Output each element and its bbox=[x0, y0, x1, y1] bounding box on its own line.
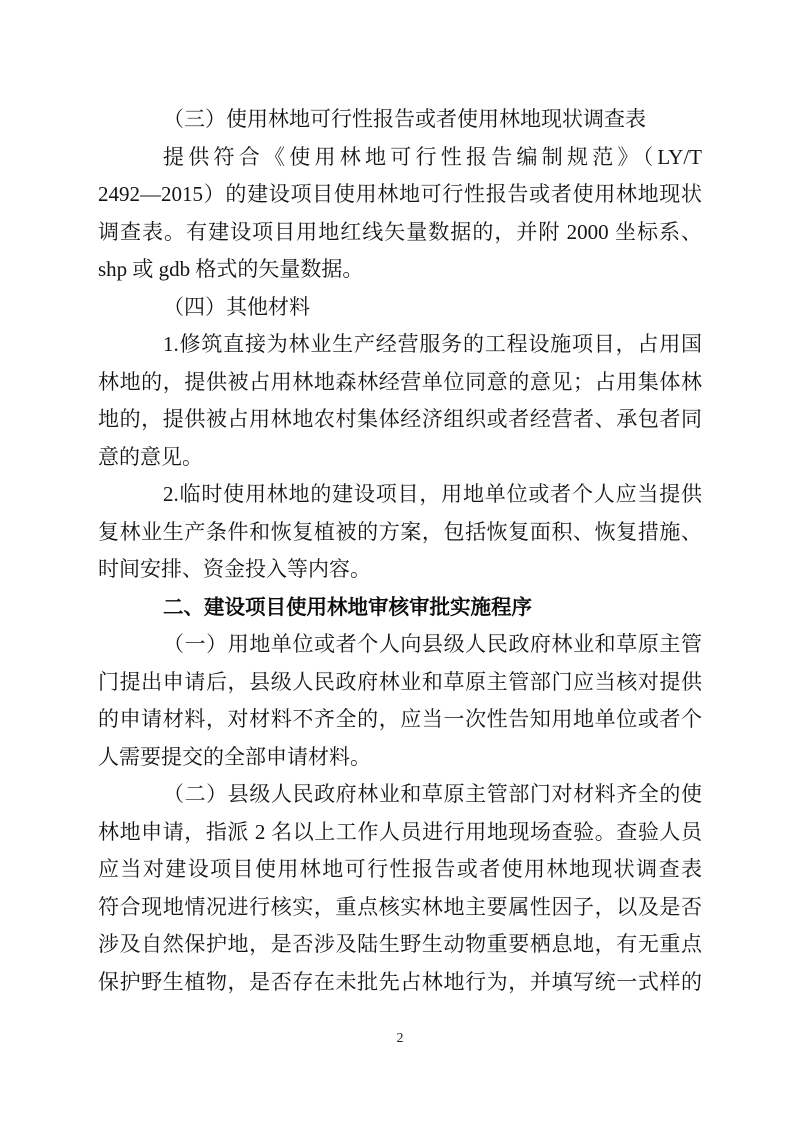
text-line: 符合现地情况进行核实，重点核实林地主要属性因子，以及是否 bbox=[98, 889, 702, 927]
text-line: 1.修筑直接为林业生产经营服务的工程设施项目，占用国有 bbox=[98, 326, 702, 364]
page-number: 2 bbox=[0, 1029, 800, 1049]
text-line: 林地申请，指派 2 名以上工作人员进行用地现场查验。查验人员 bbox=[98, 814, 702, 852]
text-line: （三）使用林地可行性报告或者使用林地现状调查表 bbox=[98, 101, 702, 139]
document-page: （三）使用林地可行性报告或者使用林地现状调查表提供符合《使用林地可行性报告编制规… bbox=[0, 0, 800, 1131]
text-line: 二、建设项目使用林地审核审批实施程序 bbox=[98, 589, 702, 627]
text-line: （二）县级人民政府林业和草原主管部门对材料齐全的使用 bbox=[98, 776, 702, 814]
text-line: 人需要提交的全部申请材料。 bbox=[98, 739, 702, 777]
text-line: 的申请材料，对材料不齐全的，应当一次性告知用地单位或者个 bbox=[98, 701, 702, 739]
text-line: 调查表。有建设项目用地红线矢量数据的，并附 2000 坐标系、 bbox=[98, 214, 702, 252]
document-text-block: （三）使用林地可行性报告或者使用林地现状调查表提供符合《使用林地可行性报告编制规… bbox=[98, 101, 702, 1001]
text-line: 时间安排、资金投入等内容。 bbox=[98, 551, 702, 589]
text-line: 2.临时使用林地的建设项目，用地单位或者个人应当提供恢 bbox=[98, 476, 702, 514]
text-line: 复林业生产条件和恢复植被的方案，包括恢复面积、恢复措施、 bbox=[98, 514, 702, 552]
text-line: （一）用地单位或者个人向县级人民政府林业和草原主管部 bbox=[98, 626, 702, 664]
text-line: 2492—2015）的建设项目使用林地可行性报告或者使用林地现状 bbox=[98, 176, 702, 214]
text-line: （四）其他材料 bbox=[98, 289, 702, 327]
text-line: 保护野生植物，是否存在未批先占林地行为，并填写统一式样的 bbox=[98, 964, 702, 1002]
text-line: 应当对建设项目使用林地可行性报告或者使用林地现状调查表 bbox=[98, 851, 702, 889]
text-line: 林地的，提供被占用林地森林经营单位同意的意见；占用集体林 bbox=[98, 364, 702, 402]
text-line: 提供符合《使用林地可行性报告编制规范》（LY/T bbox=[98, 139, 702, 177]
text-line: 门提出申请后，县级人民政府林业和草原主管部门应当核对提供 bbox=[98, 664, 702, 702]
text-line: 地的，提供被占用林地农村集体经济组织或者经营者、承包者同 bbox=[98, 401, 702, 439]
text-line: 涉及自然保护地，是否涉及陆生野生动物重要栖息地，有无重点 bbox=[98, 926, 702, 964]
text-line: shp 或 gdb 格式的矢量数据。 bbox=[98, 251, 702, 289]
text-line: 意的意见。 bbox=[98, 439, 702, 477]
